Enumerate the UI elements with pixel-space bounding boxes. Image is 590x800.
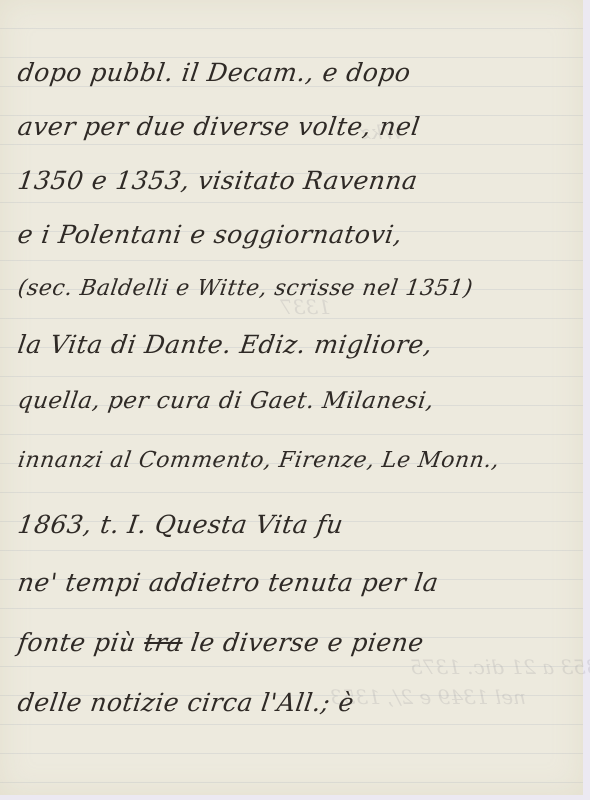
struck-word: tra xyxy=(142,628,184,657)
manuscript-line-6: la Vita di Dante. Ediz. migliore, xyxy=(16,330,434,359)
manuscript-line-12: delle notizie circa l'All.; è xyxy=(16,688,356,717)
manuscript-line-4: e i Polentani e soggiornatovi, xyxy=(16,220,404,249)
manuscript-line-2: aver per due diverse volte, nel xyxy=(16,112,422,141)
manuscript-line-1: dopo pubbl. il Decam., e dopo xyxy=(16,58,413,87)
manuscript-line-11: fonte più tra le diverse e piene xyxy=(16,628,426,657)
manuscript-line-9: 1863, t. I. Questa Vita fu xyxy=(16,510,345,539)
manuscript-line-7: quella, per cura di Gaet. Milanesi, xyxy=(16,388,436,414)
manuscript-page: Wkz 1337 2l. 1353 a 21 dic. 1375 nel 134… xyxy=(0,0,583,795)
manuscript-line-10: ne' tempi addietro tenuta per la xyxy=(16,568,441,597)
manuscript-line-3: 1350 e 1353, visitato Ravenna xyxy=(16,166,420,195)
line-11-text: fonte più tra le diverse e piene xyxy=(16,628,426,657)
manuscript-line-5: (sec. Baldelli e Witte, scrisse nel 1351… xyxy=(16,276,474,301)
manuscript-line-8: innanzi al Commento, Firenze, Le Monn., xyxy=(16,448,501,473)
